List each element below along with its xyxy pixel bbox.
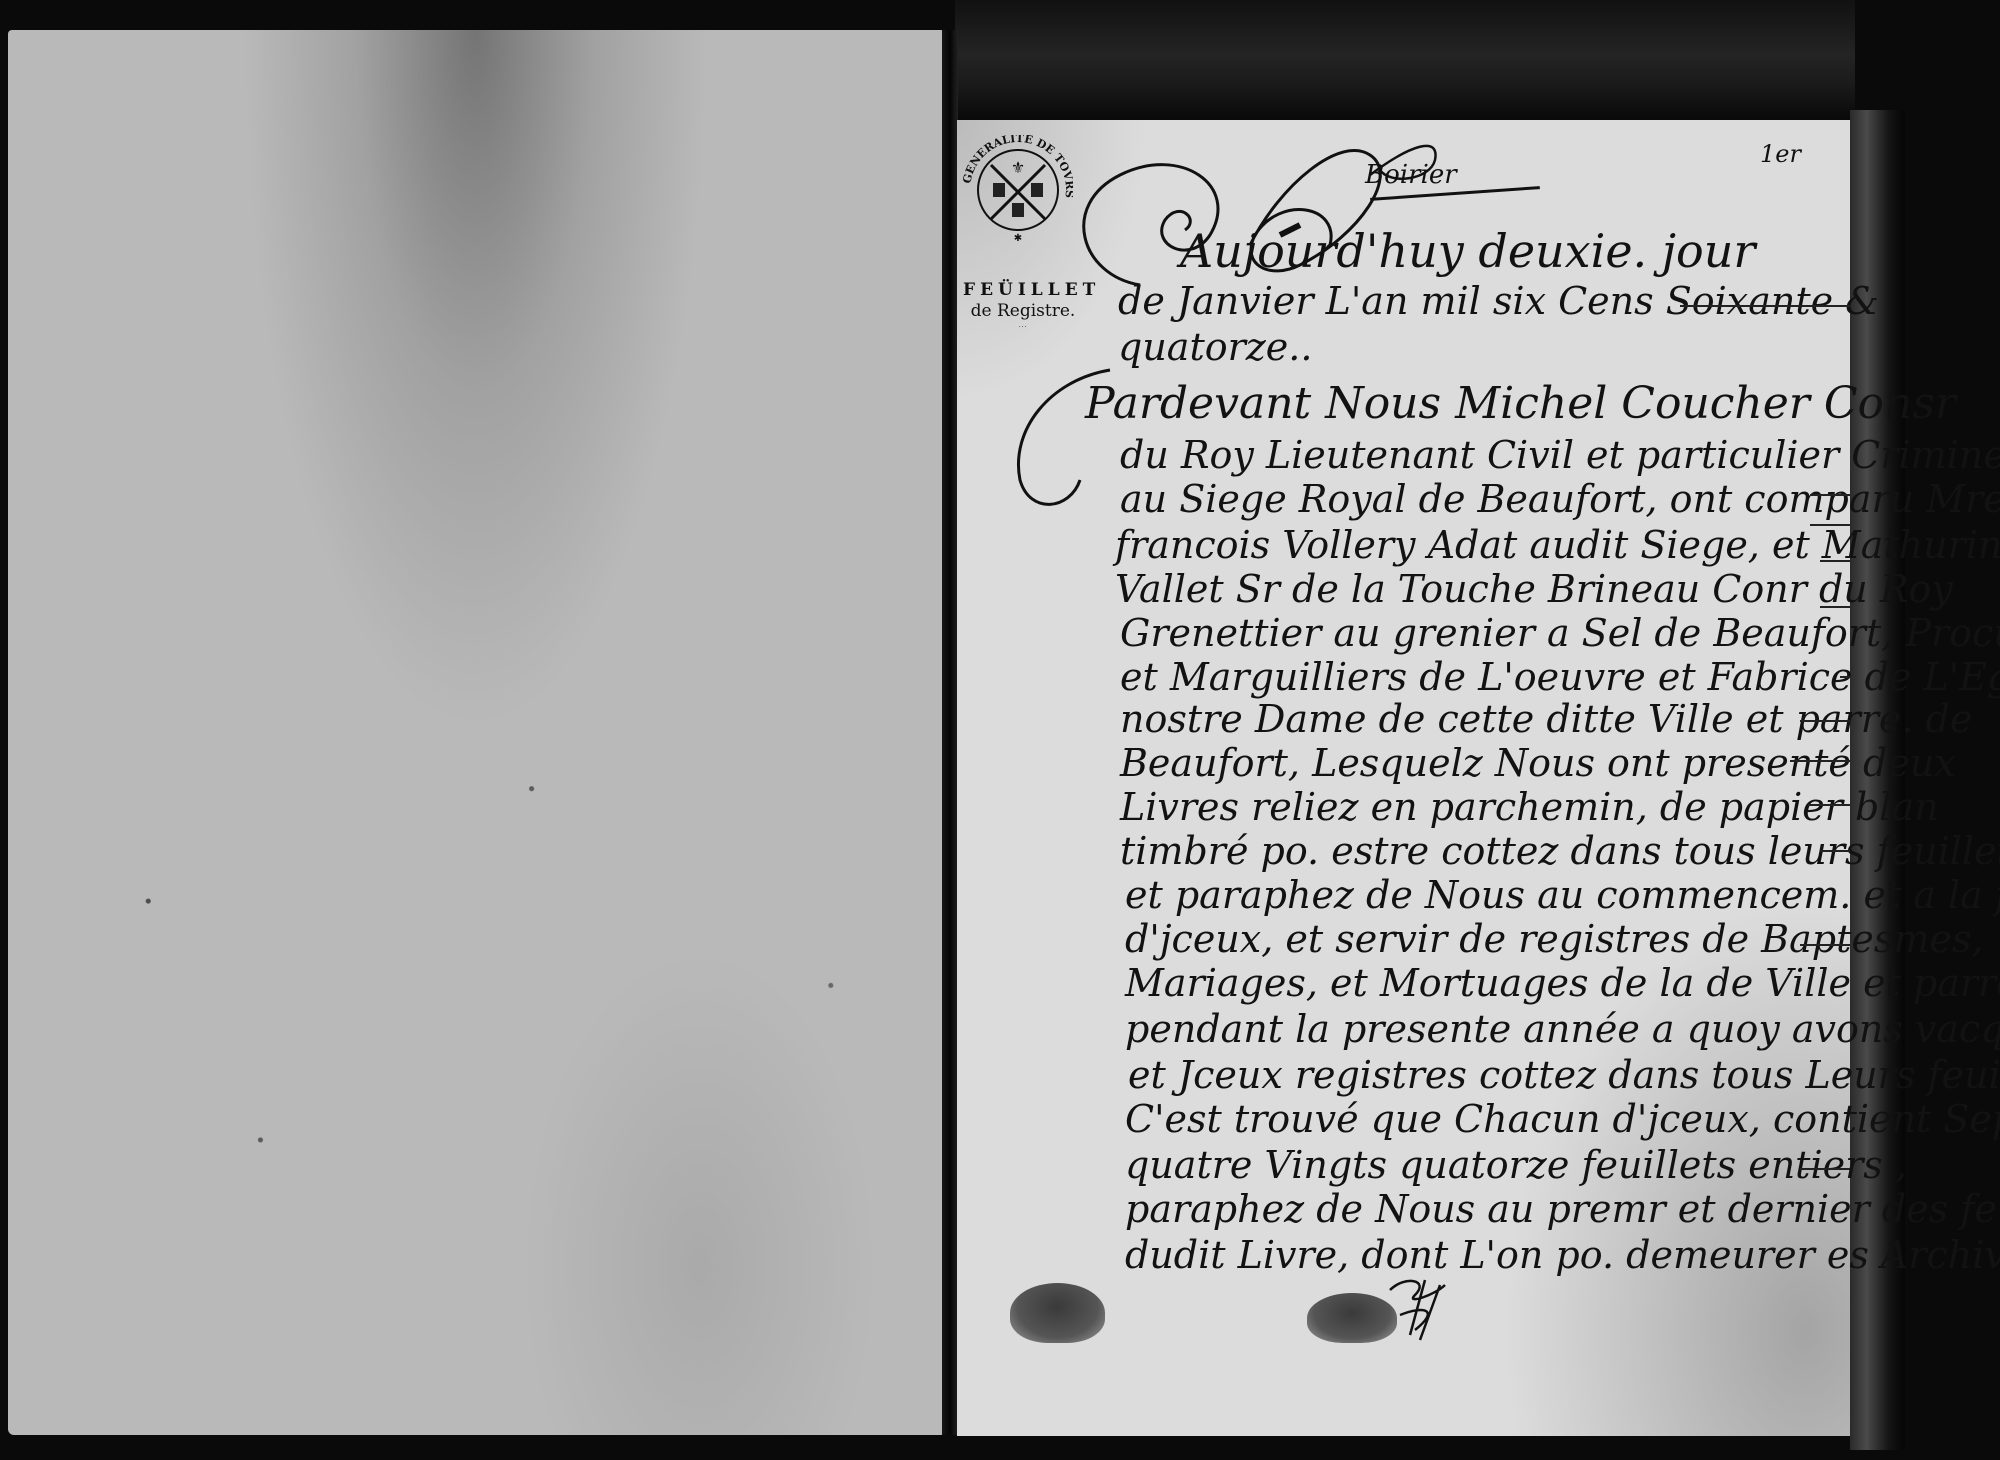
line-filler-rule bbox=[1810, 494, 1850, 496]
line-filler-rule bbox=[1800, 944, 1850, 946]
ink-blot bbox=[1307, 1293, 1397, 1343]
text-line: Livres reliez en parchemin, de papier bl… bbox=[1120, 788, 1939, 826]
text-line: quatre Vingts quatorze feuillets entiers… bbox=[1125, 1146, 1907, 1184]
text-line: et paraphez de Nous au commencem. et a l… bbox=[1125, 876, 2000, 914]
text-line: et Jceux registres cottez dans tous Leur… bbox=[1128, 1056, 2000, 1094]
svg-text:⚜: ⚜ bbox=[1011, 158, 1025, 177]
text-line: Grenettier au grenier a Sel de Beaufort,… bbox=[1120, 614, 2000, 652]
text-line: dudit Livre, dont L'on po. demeurer es A… bbox=[1125, 1236, 2000, 1274]
text-line: Mariages, et Mortuages de la de Ville et… bbox=[1125, 964, 2000, 1002]
text-line: pendant la presente année a quoy avons v… bbox=[1125, 1010, 2000, 1048]
text-line: de Janvier L'an mil six Cens Soixante & bbox=[1118, 282, 1879, 320]
ink-blot bbox=[1010, 1283, 1105, 1343]
line-filler-rule bbox=[1680, 305, 1850, 307]
text-line: au Siege Royal de Beaufort, ont comparu … bbox=[1120, 480, 2000, 518]
line-filler-rule bbox=[1820, 606, 1850, 608]
line-filler-rule bbox=[1810, 524, 1850, 526]
line-filler-rule bbox=[1800, 720, 1850, 722]
text-line: Pardevant Nous Michel Coucher Consr bbox=[1085, 382, 1956, 426]
text-line: Vallet Sr de la Touche Brineau Conr du R… bbox=[1115, 570, 1953, 608]
text-line: et Marguilliers de L'oeuvre et Fabrice d… bbox=[1120, 658, 2000, 696]
line-filler-rule bbox=[1820, 560, 1850, 562]
top-dark-band: Premier bbox=[955, 0, 1855, 122]
paraph-signature-icon bbox=[1385, 1275, 1465, 1345]
line-filler-rule bbox=[1820, 850, 1850, 852]
text-line: timbré po. estre cottez dans tous leurs … bbox=[1120, 832, 2000, 870]
scanned-image: Premier GENERALITE DE TOVRS ⚜ ✱ FEÜILLET… bbox=[0, 0, 2000, 1460]
text-line: du Roy Lieutenant Civil et particulier C… bbox=[1120, 436, 2000, 474]
svg-text:✱: ✱ bbox=[1014, 233, 1022, 244]
line-filler-rule bbox=[1790, 760, 1850, 762]
line-filler-rule bbox=[1840, 676, 1850, 678]
text-line: paraphez de Nous au premr et dernier des… bbox=[1125, 1190, 2000, 1228]
folio-number: 1er bbox=[1760, 140, 1801, 168]
text-line: Aujourd'huy deuxie. jour bbox=[1180, 228, 1755, 274]
left-blank-page bbox=[8, 30, 943, 1435]
line-filler-rule bbox=[1808, 804, 1850, 806]
line-filler-rule bbox=[1800, 1168, 1850, 1170]
book-gutter bbox=[942, 30, 958, 1435]
text-line: Beaufort, Lesquelz Nous ont presenté deu… bbox=[1120, 744, 1956, 782]
text-line: francois Vollery Adat audit Siege, et Ma… bbox=[1115, 526, 2000, 564]
text-line: nostre Dame de cette ditte Ville et parr… bbox=[1120, 700, 1972, 738]
text-line: C'est trouvé que Chacun d'jceux, contien… bbox=[1125, 1100, 2000, 1138]
text-line: d'jceux, et servir de registres de Bapte… bbox=[1125, 920, 1983, 958]
text-line: quatorze.. bbox=[1118, 328, 1312, 366]
